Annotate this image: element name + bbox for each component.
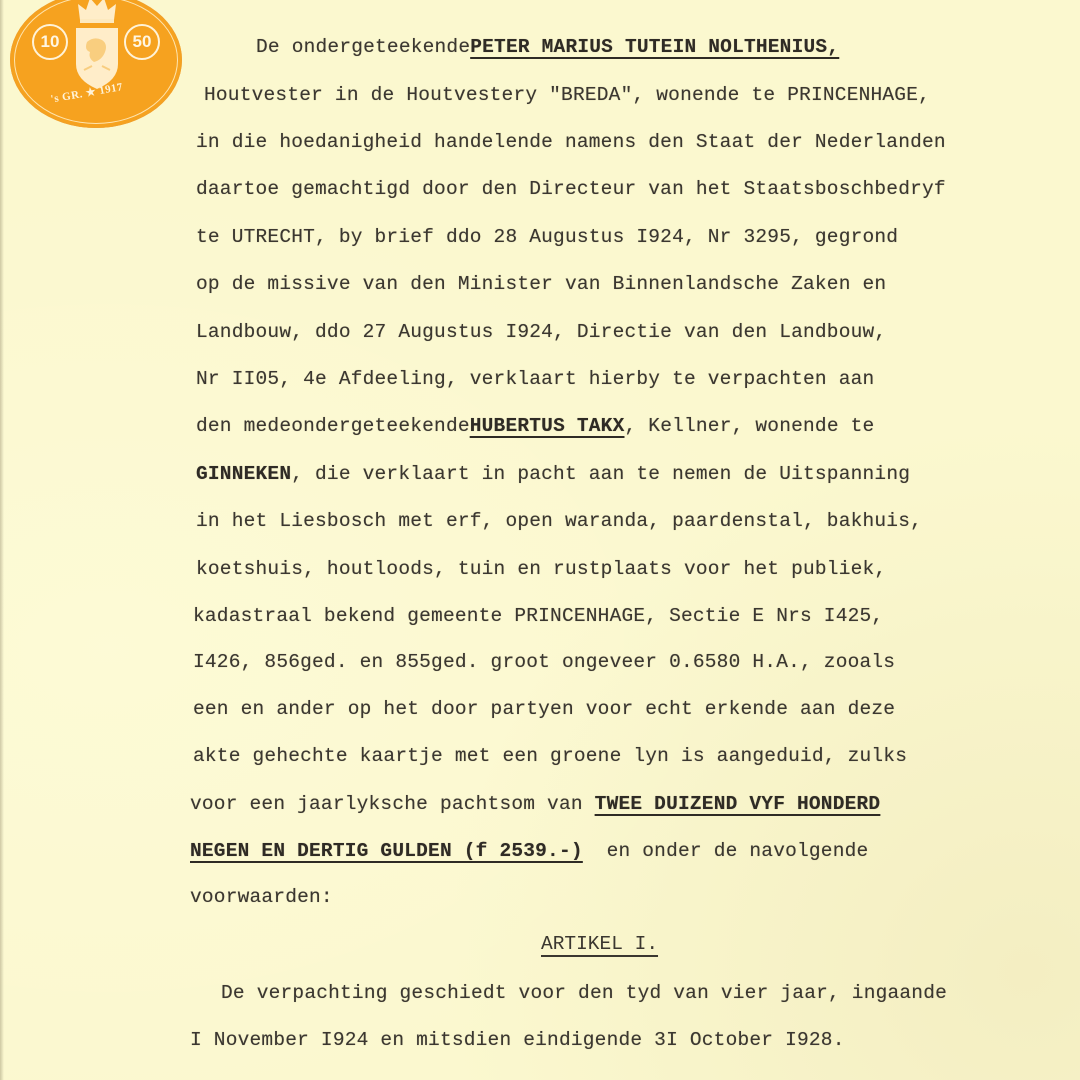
conditions-line: voorwaarden: <box>190 886 333 908</box>
body-line-7: Nr II05, 4e Afdeeling, verklaart hierby … <box>196 368 874 390</box>
body-line-12: I426, 856ged. en 855ged. groot ongeveer … <box>193 651 895 673</box>
lessee-place: GINNEKEN <box>196 463 291 485</box>
article-line-1: De verpachting geschiedt voor den tyd va… <box>221 982 947 1004</box>
stamp-value-left: 10 <box>32 24 68 60</box>
body-line-8: GINNEKEN, die verklaart in pacht aan te … <box>196 463 910 485</box>
body-line-6: Landbouw, ddo 27 Augustus I924, Directie… <box>196 321 886 343</box>
body-line-5: op de missive van den Minister van Binne… <box>196 273 886 295</box>
lessee-suffix: , Kellner, wonende te <box>624 415 874 437</box>
intro-prefix: De ondergeteekende <box>256 36 470 58</box>
body-line-8-text: , die verklaart in pacht aan te nemen de… <box>291 463 910 485</box>
crowned-coat-of-arms-icon <box>72 0 122 92</box>
body-line-11: kadastraal bekend gemeente PRINCENHAGE, … <box>193 605 883 627</box>
rent-prefix: voor een jaarlyksche pachtsom van <box>190 793 583 815</box>
paper-background <box>0 0 1080 1080</box>
rent-words-2: NEGEN EN DERTIG GULDEN (f 2539.-) <box>190 840 583 862</box>
rent-line-2: NEGEN EN DERTIG GULDEN (f 2539.-) en ond… <box>190 840 868 862</box>
body-line-4: te UTRECHT, by brief ddo 28 Augustus I92… <box>196 226 898 248</box>
lessee-line: den medeondergeteekendeHUBERTUS TAKX, Ke… <box>196 415 874 437</box>
lessee-name: HUBERTUS TAKX <box>470 415 625 437</box>
body-line-14: akte gehechte kaartje met een groene lyn… <box>193 745 907 767</box>
lessor-name: PETER MARIUS TUTEIN NOLTHENIUS, <box>470 36 839 58</box>
rent-suffix: en onder de navolgende <box>607 840 869 862</box>
paper-edge-shadow <box>0 0 4 1080</box>
body-line-10: koetshuis, houtloods, tuin en rustplaats… <box>196 558 886 580</box>
stamp-value-right: 50 <box>124 24 160 60</box>
lessee-prefix: den medeondergeteekende <box>196 415 470 437</box>
body-line-13: een en ander op het door partyen voor ec… <box>193 698 895 720</box>
rent-words-1: TWEE DUIZEND VYF HONDERD <box>595 793 881 815</box>
body-line-3: daartoe gemachtigd door den Directeur va… <box>196 178 946 200</box>
intro-line: De ondergeteekendePETER MARIUS TUTEIN NO… <box>256 36 839 58</box>
article-heading: ARTIKEL I. <box>541 933 658 955</box>
body-line-2: in die hoedanigheid handelende namens de… <box>196 131 946 153</box>
rent-line-1: voor een jaarlyksche pachtsom van TWEE D… <box>190 793 880 815</box>
body-line-9: in het Liesbosch met erf, open waranda, … <box>196 510 922 532</box>
article-line-2: I November I924 en mitsdien eindigende 3… <box>190 1029 845 1051</box>
body-line-1: Houtvester in de Houtvestery "BREDA", wo… <box>204 84 930 106</box>
